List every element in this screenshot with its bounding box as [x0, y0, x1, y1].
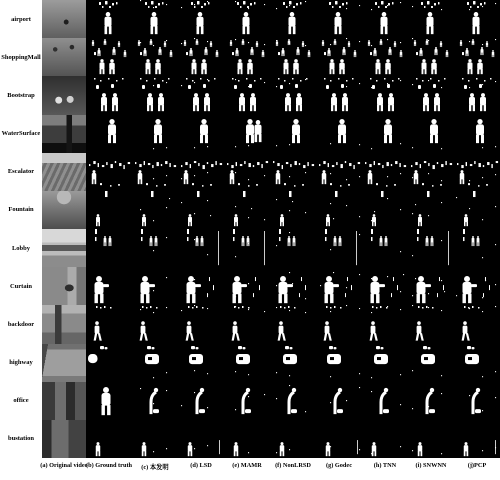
mask-cell-airport-col-f — [270, 0, 316, 38]
original-video-thumbnail-shoppingmall — [42, 38, 86, 76]
row-label: airport — [11, 16, 31, 23]
caption-cell-j: (j)PCP — [454, 458, 500, 469]
mask-cell-curtain-col-b — [86, 267, 132, 305]
mask-cell-bustation-col-i — [408, 420, 454, 458]
original-video-thumbnail-watersurface — [42, 115, 86, 153]
column-caption: (e) MAMR — [232, 462, 262, 469]
mask-cell-backdoor-col-g — [316, 305, 362, 343]
mask-cell-watersurface-col-f — [270, 115, 316, 153]
mask-cell-shoppingmall-col-c — [132, 38, 178, 76]
mask-cell-office-col-e — [224, 382, 270, 420]
column-caption: (j)PCP — [468, 462, 487, 469]
mask-cell-fountain-col-d — [178, 191, 224, 229]
mask-cell-highway-col-g — [316, 344, 362, 382]
mask-cell-watersurface-col-d — [178, 115, 224, 153]
mask-cell-watersurface-col-i — [408, 115, 454, 153]
row-label-cell-bustation: bustation — [0, 420, 42, 458]
mask-cell-highway-col-b — [86, 344, 132, 382]
mask-cell-highway-col-e — [224, 344, 270, 382]
mask-cell-office-col-h — [362, 382, 408, 420]
mask-cell-curtain-col-d — [178, 267, 224, 305]
mask-cell-bootstrap-col-j — [454, 76, 500, 114]
mask-cell-bustation-col-h — [362, 420, 408, 458]
original-video-thumbnail-lobby — [42, 229, 86, 267]
row-label: ShoppingMall — [1, 54, 40, 61]
mask-cell-watersurface-col-b — [86, 115, 132, 153]
mask-cell-escalator-col-j — [454, 153, 500, 191]
mask-cell-curtain-col-h — [362, 267, 408, 305]
mask-cell-curtain-col-i — [408, 267, 454, 305]
mask-cell-lobby-col-b — [86, 229, 132, 267]
mask-cell-highway-col-d — [178, 344, 224, 382]
mask-cell-airport-col-c — [132, 0, 178, 38]
figure-row-highway: highway — [0, 344, 500, 382]
figure-row-bootstrap: Bootstrap — [0, 76, 500, 114]
caption-cell-c: (c) 本发明 — [132, 458, 178, 471]
caption-cell-e: (e) MAMR — [224, 458, 270, 469]
mask-cell-bootstrap-col-c — [132, 76, 178, 114]
mask-cell-highway-col-f — [270, 344, 316, 382]
mask-cell-bustation-col-j — [454, 420, 500, 458]
mask-cell-lobby-col-f — [270, 229, 316, 267]
mask-cell-highway-col-h — [362, 344, 408, 382]
caption-row: (a) Original video(b) Ground truth(c) 本发… — [0, 458, 500, 480]
mask-cell-office-col-d — [178, 382, 224, 420]
mask-cell-bootstrap-col-d — [178, 76, 224, 114]
mask-cell-curtain-col-j — [454, 267, 500, 305]
mask-cell-lobby-col-i — [408, 229, 454, 267]
row-label-cell-lobby: Lobby — [0, 229, 42, 267]
caption-cell-b: (b) Ground truth — [86, 458, 132, 469]
mask-cell-highway-col-c — [132, 344, 178, 382]
mask-cell-lobby-col-c — [132, 229, 178, 267]
column-caption: (a) Original video — [40, 462, 88, 469]
row-label: backdoor — [8, 321, 34, 328]
mask-cell-airport-col-h — [362, 0, 408, 38]
original-video-thumbnail-bustation — [42, 420, 86, 458]
mask-cell-fountain-col-f — [270, 191, 316, 229]
mask-cell-bustation-col-e — [224, 420, 270, 458]
figure: airportShoppingMallBootstrapWaterSurface… — [0, 0, 500, 480]
mask-cell-bustation-col-c — [132, 420, 178, 458]
mask-cell-shoppingmall-col-d — [178, 38, 224, 76]
row-label-cell-curtain: Curtain — [0, 267, 42, 305]
mask-cell-curtain-col-g — [316, 267, 362, 305]
row-label-cell-bootstrap: Bootstrap — [0, 76, 42, 114]
mask-cell-watersurface-col-h — [362, 115, 408, 153]
mask-cell-lobby-col-e — [224, 229, 270, 267]
mask-cell-escalator-col-f — [270, 153, 316, 191]
mask-cell-backdoor-col-c — [132, 305, 178, 343]
mask-cell-curtain-col-f — [270, 267, 316, 305]
mask-cell-fountain-col-h — [362, 191, 408, 229]
mask-cell-bootstrap-col-g — [316, 76, 362, 114]
mask-cell-bustation-col-g — [316, 420, 362, 458]
caption-cell-h: (h) TNN — [362, 458, 408, 469]
mask-cell-watersurface-col-j — [454, 115, 500, 153]
row-label: Lobby — [12, 245, 30, 252]
figure-row-airport: airport — [0, 0, 500, 38]
mask-cell-fountain-col-g — [316, 191, 362, 229]
mask-cell-shoppingmall-col-h — [362, 38, 408, 76]
row-label-cell-fountain: Fountain — [0, 191, 42, 229]
original-video-thumbnail-curtain — [42, 267, 86, 305]
mask-cell-escalator-col-d — [178, 153, 224, 191]
mask-cell-backdoor-col-d — [178, 305, 224, 343]
row-label-cell-shoppingmall: ShoppingMall — [0, 38, 42, 76]
mask-cell-watersurface-col-e — [224, 115, 270, 153]
original-video-thumbnail-fountain — [42, 191, 86, 229]
mask-cell-backdoor-col-h — [362, 305, 408, 343]
mask-cell-bustation-col-b — [86, 420, 132, 458]
mask-cell-airport-col-e — [224, 0, 270, 38]
figure-row-curtain: Curtain — [0, 267, 500, 305]
mask-cell-highway-col-j — [454, 344, 500, 382]
mask-cell-shoppingmall-col-e — [224, 38, 270, 76]
row-label-cell-airport: airport — [0, 0, 42, 38]
caption-cell-g: (g) Godec — [316, 458, 362, 469]
mask-cell-airport-col-g — [316, 0, 362, 38]
mask-cell-fountain-col-c — [132, 191, 178, 229]
original-video-thumbnail-bootstrap — [42, 76, 86, 114]
mask-cell-escalator-col-h — [362, 153, 408, 191]
mask-cell-airport-col-i — [408, 0, 454, 38]
row-label: bustation — [8, 435, 34, 442]
mask-cell-shoppingmall-col-f — [270, 38, 316, 76]
caption-cell-a: (a) Original video — [42, 458, 86, 469]
row-label-cell-highway: highway — [0, 344, 42, 382]
mask-cell-shoppingmall-col-j — [454, 38, 500, 76]
mask-cell-office-col-f — [270, 382, 316, 420]
original-video-thumbnail-escalator — [42, 153, 86, 191]
row-label: Bootstrap — [7, 92, 34, 99]
figure-row-lobby: Lobby — [0, 229, 500, 267]
row-label: office — [13, 397, 28, 404]
mask-cell-bustation-col-d — [178, 420, 224, 458]
mask-cell-airport-col-d — [178, 0, 224, 38]
column-caption: (g) Godec — [326, 462, 352, 469]
row-label: Escalator — [8, 168, 34, 175]
column-caption: (b) Ground truth — [86, 462, 132, 469]
mask-cell-fountain-col-i — [408, 191, 454, 229]
mask-cell-airport-col-j — [454, 0, 500, 38]
mask-cell-bootstrap-col-i — [408, 76, 454, 114]
mask-cell-fountain-col-j — [454, 191, 500, 229]
mask-cell-lobby-col-j — [454, 229, 500, 267]
caption-cell-i: (i) SNWNN — [408, 458, 454, 469]
row-label: WaterSurface — [2, 130, 41, 137]
row-label-cell-escalator: Escalator — [0, 153, 42, 191]
mask-cell-watersurface-col-c — [132, 115, 178, 153]
original-video-thumbnail-airport — [42, 0, 86, 38]
mask-cell-escalator-col-b — [86, 153, 132, 191]
mask-cell-office-col-c — [132, 382, 178, 420]
row-label-cell-office: office — [0, 382, 42, 420]
row-label-cell-watersurface: WaterSurface — [0, 115, 42, 153]
mask-cell-shoppingmall-col-i — [408, 38, 454, 76]
caption-cell-d: (d) LSD — [178, 458, 224, 469]
mask-cell-highway-col-i — [408, 344, 454, 382]
mask-cell-backdoor-col-i — [408, 305, 454, 343]
mask-cell-bootstrap-col-h — [362, 76, 408, 114]
mask-cell-curtain-col-e — [224, 267, 270, 305]
mask-cell-lobby-col-d — [178, 229, 224, 267]
row-label: highway — [9, 359, 32, 366]
mask-cell-fountain-col-b — [86, 191, 132, 229]
mask-cell-backdoor-col-f — [270, 305, 316, 343]
mask-cell-office-col-b — [86, 382, 132, 420]
row-label: Fountain — [8, 206, 33, 213]
row-label: Curtain — [10, 283, 32, 290]
caption-cell-f: (f) NonLRSD — [270, 458, 316, 469]
original-video-thumbnail-office — [42, 382, 86, 420]
figure-row-bustation: bustation — [0, 420, 500, 458]
original-video-thumbnail-highway — [42, 344, 86, 382]
mask-cell-airport-col-b — [86, 0, 132, 38]
column-caption: (i) SNWNN — [416, 462, 447, 469]
mask-cell-bustation-col-f — [270, 420, 316, 458]
mask-cell-bootstrap-col-b — [86, 76, 132, 114]
mask-cell-escalator-col-i — [408, 153, 454, 191]
mask-cell-watersurface-col-g — [316, 115, 362, 153]
mask-cell-lobby-col-h — [362, 229, 408, 267]
figure-grid: airportShoppingMallBootstrapWaterSurface… — [0, 0, 500, 458]
mask-cell-fountain-col-e — [224, 191, 270, 229]
mask-cell-shoppingmall-col-g — [316, 38, 362, 76]
mask-cell-office-col-g — [316, 382, 362, 420]
mask-cell-escalator-col-g — [316, 153, 362, 191]
mask-cell-bootstrap-col-f — [270, 76, 316, 114]
figure-row-fountain: Fountain — [0, 191, 500, 229]
column-caption: (f) NonLRSD — [275, 462, 311, 469]
mask-cell-office-col-i — [408, 382, 454, 420]
figure-row-escalator: Escalator — [0, 153, 500, 191]
mask-cell-escalator-col-e — [224, 153, 270, 191]
mask-cell-bootstrap-col-e — [224, 76, 270, 114]
column-caption: (c) 本发明 — [141, 462, 168, 471]
figure-row-watersurface: WaterSurface — [0, 115, 500, 153]
column-caption: (d) LSD — [190, 462, 212, 469]
mask-cell-backdoor-col-e — [224, 305, 270, 343]
original-video-thumbnail-backdoor — [42, 305, 86, 343]
mask-cell-curtain-col-c — [132, 267, 178, 305]
column-caption: (h) TNN — [374, 462, 396, 469]
figure-row-shoppingmall: ShoppingMall — [0, 38, 500, 76]
figure-row-backdoor: backdoor — [0, 305, 500, 343]
mask-cell-backdoor-col-b — [86, 305, 132, 343]
mask-cell-shoppingmall-col-b — [86, 38, 132, 76]
mask-cell-lobby-col-g — [316, 229, 362, 267]
figure-row-office: office — [0, 382, 500, 420]
mask-cell-backdoor-col-j — [454, 305, 500, 343]
mask-cell-office-col-j — [454, 382, 500, 420]
row-label-cell-backdoor: backdoor — [0, 305, 42, 343]
mask-cell-escalator-col-c — [132, 153, 178, 191]
